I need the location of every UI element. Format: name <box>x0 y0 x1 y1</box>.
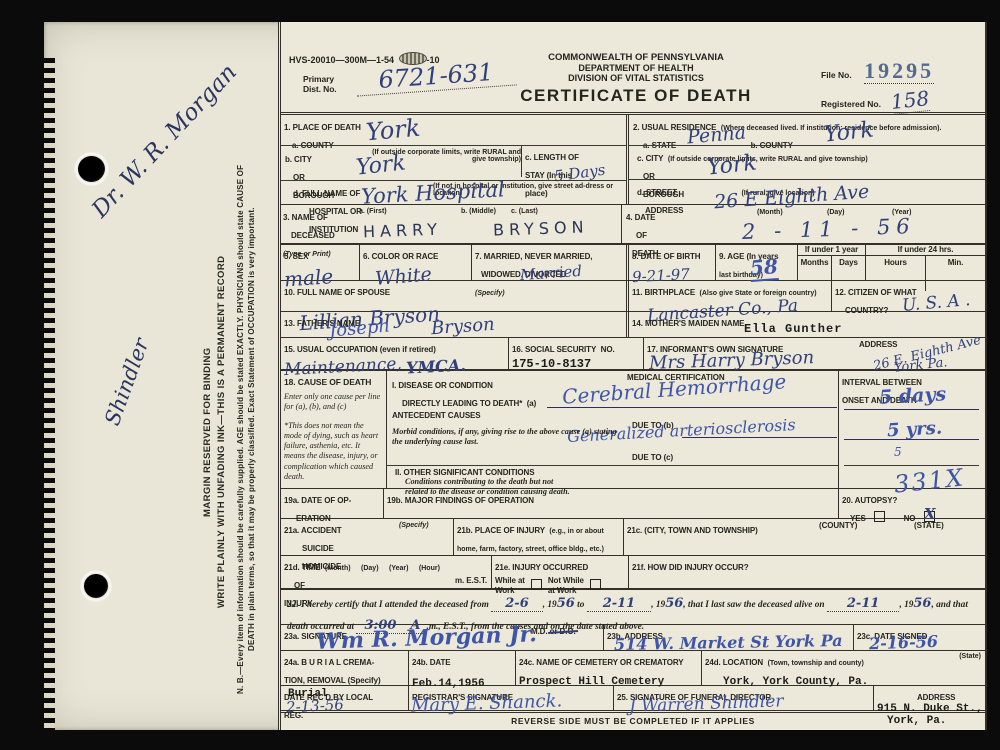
how-injury-label: 21f. HOW DID INJURY OCCUR? <box>632 563 749 572</box>
injury-occurred-label: 21e. INJURY OCCURRED <box>495 563 588 572</box>
department-line: DEPARTMENT OF HEALTH <box>496 63 776 73</box>
stay-label-1: c. LENGTH OF <box>525 153 579 162</box>
sex-label: 5. SEX <box>284 252 308 261</box>
deceased-title-1: 3. NAME OF <box>283 213 328 222</box>
ssn-label-2: NO. <box>601 345 615 354</box>
file-no-value: 19295 <box>864 58 934 84</box>
spouse-label: 10. FULL NAME OF SPOUSE <box>284 288 390 297</box>
injury-place-label: 21b. PLACE OF INJURY <box>457 526 545 535</box>
operation-date-label-1: 19a. DATE OF OP- <box>284 496 351 505</box>
certificate-title: CERTIFICATE OF DEATH <box>496 86 776 106</box>
margin-nb-note-2: DEATH in plain terms, so that it may be … <box>247 127 256 732</box>
margin-binding-note: MARGIN RESERVED FOR BINDING <box>202 152 213 712</box>
disease-label-2: DIRECTLY LEADING TO DEATH* <box>402 399 522 408</box>
injury-time-label-1: 21d. TIME <box>284 563 320 572</box>
accident-label-1: 21a. ACCIDENT <box>284 526 342 535</box>
occupation-label: 15. USUAL OCCUPATION (even if retired) <box>284 345 436 354</box>
punch-hole-top <box>78 156 105 182</box>
funeral-director-signature-value: J Warren Shindler <box>629 691 784 716</box>
row-burial: 24a. B U R I A L CREMA- TION, REMOVAL (S… <box>281 651 985 686</box>
first-name-value: HARRY <box>363 220 443 242</box>
last-alive-value: 2-11 <box>827 596 900 612</box>
burial-location-note: (Town, township and county) <box>768 660 864 667</box>
deceased-title-2: DECEASED <box>291 231 335 240</box>
due-c-label: DUE TO (c) <box>632 453 673 463</box>
punch-hole-bottom <box>84 574 108 598</box>
injury-est-label: m. E.S.T. <box>455 576 487 586</box>
morbid-note: Morbid conditions, if any, giving rise t… <box>392 427 627 448</box>
row-father-mother: 13. FATHER'S NAME Joseph Bryson 14. MOTH… <box>281 312 985 338</box>
attended-to-value: 2-11 <box>587 596 652 612</box>
city-note-2: (If outside corporate limits, write RURA… <box>668 156 868 163</box>
attended-from-year: 56 <box>557 596 575 611</box>
death-certificate-card: Dr. W. R. Morgan Shindler MARGIN RESERVE… <box>44 22 985 730</box>
reverse-side-note: REVERSE SIDE MUST BE COMPLETED IF IT APP… <box>281 716 985 726</box>
row-physician-signature: 23a. SIGNATURE M.D. or D.O. Wm R. Morgan… <box>281 625 985 651</box>
injury-year-label: (Year) <box>389 565 408 572</box>
ssn-value: 175-10-8137 <box>512 357 640 371</box>
city-label-1: b. CITY <box>285 155 312 164</box>
mother-label: 14. MOTHER'S MAIDEN NAME <box>632 319 744 328</box>
do-struck-label: or D.O. <box>550 627 576 636</box>
city-label-2: c. CITY <box>637 154 663 163</box>
row-operation-autopsy: 19a. DATE OF OP- ERATION 19b. MAJOR FIND… <box>281 489 985 519</box>
date-signed-value: 2-16-56 <box>869 632 939 653</box>
registrar-signature-value: Mary E. Shanck. <box>411 690 563 716</box>
age-value: 58 <box>749 254 779 282</box>
md-do-label: M.D. or D.O. <box>531 627 576 637</box>
form-code: HVS-20010—300M—1-54 <box>289 55 394 65</box>
date-recd-value: 2-13-56 <box>286 695 345 716</box>
antecedent-label: ANTECEDENT CAUSES <box>392 411 481 421</box>
director-address-label: ADDRESS <box>917 693 955 702</box>
injury-month-label: (Month) <box>325 565 351 572</box>
physician-signature-value: Wm R. Morgan Jr. <box>316 621 538 655</box>
birthplace-label: 11. BIRTHPLACE <box>632 288 695 297</box>
perforated-edge <box>44 58 55 730</box>
under-24hrs-label: If under 24 hrs. <box>866 245 985 256</box>
registered-no-value: 158 <box>890 86 931 115</box>
margin-nb-note-1: N. B.—Every item of information should b… <box>236 127 245 732</box>
registered-no-label: Registered No. <box>821 99 881 109</box>
while-at-work-checkbox <box>531 579 542 590</box>
cause-note-2: *This does not mean the mode of dying, s… <box>284 421 383 483</box>
row-sex-race-birth: 5. SEX male 6. COLOR OR RACE White 7. MA… <box>281 245 985 281</box>
last-alive-year: 56 <box>913 596 931 611</box>
margin-annotation-funeral-director: Shindler <box>100 279 174 428</box>
operation-findings-label: 19b. MAJOR FINDINGS OF OPERATION <box>387 496 534 505</box>
date-of-death-title-1: 4. DATE <box>626 213 655 222</box>
row-spouse-birthplace: 10. FULL NAME OF SPOUSE Lillian Bryson 1… <box>281 281 985 312</box>
dod-month-label: (Month) <box>757 209 783 216</box>
row-injury-top: 21a. ACCIDENT (Specify) SUICIDE HOMICIDE… <box>281 519 985 556</box>
cemetery-label: 24c. NAME OF CEMETERY OR CREMATORY <box>519 658 683 667</box>
row-name-dateofdeath: 3. NAME OF DECEASED (Type or Print) a. (… <box>281 205 985 245</box>
injury-city-label: 21c. (CITY, TOWN AND TOWNSHIP) <box>627 526 758 535</box>
under-1yr-label: If under 1 year <box>798 245 865 256</box>
margin-permanent-note: WRITE PLAINLY WITH UNFADING INK—THIS IS … <box>216 152 227 712</box>
attended-to-year: 56 <box>665 596 683 611</box>
county-value-1: York <box>365 114 421 147</box>
certificate-form: HVS-20010—300M—1-54 -10 Primary Dist. No… <box>278 22 987 730</box>
interval-c-value: 5 <box>894 445 902 459</box>
marital-label-1: 7. MARRIED, NEVER MARRIED, <box>475 252 592 261</box>
accident-label-2: SUICIDE <box>302 544 334 553</box>
division-line: DIVISION OF VITAL STATISTICS <box>496 73 776 83</box>
city-value-1: York <box>355 150 407 180</box>
burial-date-label: 24b. DATE <box>412 658 451 667</box>
county-value-2: York <box>823 117 875 147</box>
row-occupation-ssn-informant: 15. USUAL OCCUPATION (even if retired) M… <box>281 338 985 371</box>
attended-from-value: 2-6 <box>491 596 543 612</box>
city-value-2: York <box>706 150 758 180</box>
interval-b-value: 5 yrs. <box>886 418 942 442</box>
injury-hour-label: (Hour) <box>419 565 440 572</box>
injury-day-label: (Day) <box>361 565 379 572</box>
first-name-label: a. (First) <box>359 208 387 215</box>
row-cause-of-death: 18. CAUSE OF DEATH Enter only one cause … <box>281 371 985 489</box>
race-label: 6. COLOR OR RACE <box>363 252 438 261</box>
dob-label: 8. DATE OF BIRTH <box>632 252 700 261</box>
cause-note-1: Enter only one cause per line for (a), (… <box>284 392 383 413</box>
not-while-at-work-checkbox <box>590 579 601 590</box>
row-registrar: DATE REC'D BY LOCAL REG. 2-13-56 REGISTR… <box>281 686 985 713</box>
hospital-label-1: d. FULL NAME OF <box>293 189 360 198</box>
last-name-label: c. (Last) <box>511 208 538 215</box>
cause-title: 18. CAUSE OF DEATH <box>284 377 371 387</box>
injury-county-label: (COUNTY) <box>819 521 857 531</box>
burial-location-label: 24d. LOCATION <box>705 658 763 667</box>
autopsy-label: 20. AUTOPSY? <box>842 496 897 505</box>
place-of-death-title: 1. PLACE OF DEATH <box>284 123 361 132</box>
middle-name-label: b. (Middle) <box>461 208 496 215</box>
last-name-value: BRYSON <box>493 217 589 239</box>
informant-address-label: ADDRESS <box>859 340 897 350</box>
disease-tag: (a) <box>527 399 536 408</box>
date-of-death-value: 2 - 11 - 56 <box>742 214 916 244</box>
row-injury-bottom: 21d. TIME (Month) (Day) (Year) (Hour) OF… <box>281 556 985 590</box>
file-no-label: File No. <box>821 70 852 80</box>
injury-state-label: (STATE) <box>914 521 944 531</box>
dist-no-label: Dist. No. <box>303 84 337 94</box>
burial-label-2: TION, REMOVAL (Specify) <box>284 676 381 685</box>
primary-label: Primary <box>303 74 337 84</box>
row-certify-statement: 22. I hereby certify that I attended the… <box>281 590 985 625</box>
mother-value: Ella Gunther <box>744 322 842 336</box>
street-label-1: d. STREET <box>637 188 677 197</box>
row-place-residence: 1. PLACE OF DEATH a. COUNTY York b. CITY… <box>281 112 985 205</box>
injury-time-label-2: OF <box>294 581 305 590</box>
ssn-label-1: 16. SOCIAL SECURITY <box>512 345 596 354</box>
stay-value: 5 Days <box>553 161 606 186</box>
commonwealth-line: COMMONWEALTH OF PENNSYLVANIA <box>496 52 776 63</box>
dod-day-label: (Day) <box>827 209 845 216</box>
father-last-value: Bryson <box>430 314 495 339</box>
accident-specify: (Specify) <box>399 522 429 529</box>
burial-label-1: 24a. B U R I A L CREMA- <box>284 658 374 667</box>
informant-value: Mrs Harry Bryson <box>649 347 815 374</box>
disease-label-1: I. DISEASE OR CONDITION <box>392 381 493 390</box>
date-of-death-title-2: OF <box>636 231 647 240</box>
interval-a-value: 5 days <box>878 383 946 408</box>
burial-location-state: (State) <box>959 653 981 660</box>
